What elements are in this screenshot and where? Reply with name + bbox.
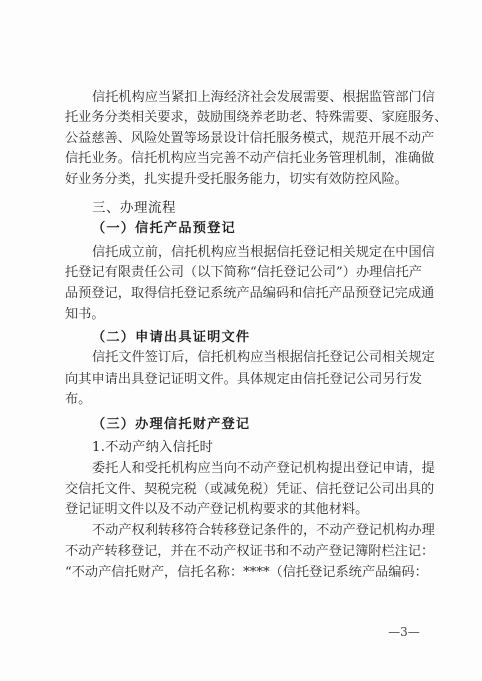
paragraph-1-line-2: 托业务分类相关要求，鼓励围绕养老助老、特殊需要、家庭服务、 bbox=[65, 108, 422, 128]
paragraph-4-line-1: 委托人和受托机构应当向不动产登记机构提出登记申请，提 bbox=[92, 459, 422, 479]
document-page: 信托机构应当紧扣上海经济社会发展需要、根据监管部门信 托业务分类相关要求，鼓励围… bbox=[0, 0, 482, 681]
page-number: —3— bbox=[384, 623, 424, 641]
paragraph-1-line-1: 信托机构应当紧扣上海经济社会发展需要、根据监管部门信 bbox=[92, 88, 422, 108]
paragraph-2-line-3: 品预登记，取得信托登记系统产品编码和信托产品预登记完成通 bbox=[65, 284, 422, 304]
paragraph-5-line-3: “不动产信托财产，信托名称：****（信托登记系统产品编码： bbox=[65, 563, 422, 583]
subheading-trust-property-registration: （三）办理信托财产登记 bbox=[92, 415, 422, 435]
paragraph-5-line-2: 不动产转移登记，并在不动产权证书和不动产登记簿附栏注记： bbox=[65, 542, 422, 562]
paragraph-1-line-4: 信托业务。信托机构应当完善不动产信托业务管理机制，准确做 bbox=[65, 149, 422, 169]
section-heading-procedure: 三、办理流程 bbox=[92, 198, 422, 218]
paragraph-5-line-1: 不动产权利转移符合转移登记条件的，不动产登记机构办理 bbox=[92, 521, 422, 541]
paragraph-4-line-2: 交信托文件、契税完税（或减免税）凭证、信托登记公司出具的 bbox=[65, 480, 422, 500]
paragraph-2-line-2: 托登记有限责任公司（以下简称“信托登记公司”）办理信托产 bbox=[65, 263, 422, 283]
subheading-certificate-request: （二）申请出具证明文件 bbox=[92, 328, 422, 348]
paragraph-2-line-4: 知书。 bbox=[65, 305, 422, 325]
paragraph-2-line-1: 信托成立前，信托机构应当根据信托登记相关规定在中国信 bbox=[92, 243, 422, 263]
item-heading-real-estate-into-trust: 1.不动产纳入信托时 bbox=[92, 438, 422, 458]
subheading-product-preregistration: （一）信托产品预登记 bbox=[92, 219, 422, 239]
paragraph-3-line-2: 向其申请出具登记证明文件。具体规定由信托登记公司另行发 bbox=[65, 370, 422, 390]
paragraph-3-line-1: 信托文件签订后，信托机构应当根据信托登记公司相关规定 bbox=[92, 348, 422, 368]
paragraph-4-line-3: 登记证明文件以及不动产登记机构要求的其他材料。 bbox=[65, 500, 422, 520]
paragraph-3-line-3: 布。 bbox=[65, 390, 422, 410]
paragraph-1-line-5: 好业务分类，扎实提升受托服务能力，切实有效防控风险。 bbox=[65, 170, 422, 190]
paragraph-1-line-3: 公益慈善、风险处置等场景设计信托服务模式，规范开展不动产 bbox=[65, 129, 422, 149]
